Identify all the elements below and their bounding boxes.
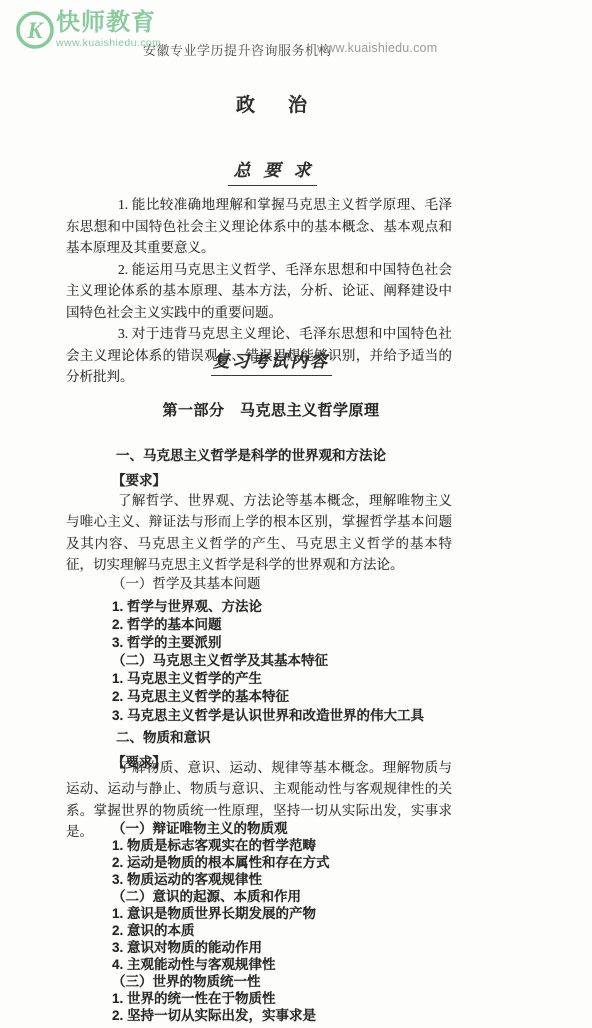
scanned-document-page: K 快师教育 www.kuaishiedu.com 安徽专业学历提升咨询服务机构…	[0, 0, 592, 1028]
outline-item: （二）马克思主义哲学及其基本特征	[112, 652, 452, 670]
general-requirements-heading: 总要求	[79, 156, 465, 186]
doc-title-char: 政	[236, 90, 256, 117]
outline-item: （二）意识的起源、本质和作用	[112, 888, 452, 905]
outline-item: 3. 马克思主义哲学是认识世界和改造世界的伟大工具	[112, 707, 452, 725]
outline-item: 2. 运动是物质的根本属性和存在方式	[112, 854, 452, 871]
unit1-requirement-label: 【要求】	[66, 469, 452, 489]
general-heading-char: 总	[234, 156, 251, 181]
unit1-subheading: （一）哲学及其基本问题	[66, 572, 452, 592]
unit1-outline-list: 1. 哲学与世界观、方法论2. 哲学的基本问题3. 哲学的主要派别（二）马克思主…	[66, 598, 452, 725]
doc-title: 政治	[79, 90, 465, 117]
outline-item: 3. 意识对物质的能动作用	[112, 939, 452, 956]
paragraph: 2. 能运用马克思主义哲学、毛泽东思想和中国特色社会主义理论体系的基本原理、基本…	[66, 259, 452, 324]
outline-item: 2. 哲学的基本问题	[112, 616, 452, 634]
outline-item: 4. 主观能动性与客观规律性	[112, 956, 452, 973]
review-content-heading: 复习考试内容	[78, 347, 464, 376]
general-heading-char: 要	[264, 156, 281, 181]
svg-text:K: K	[26, 18, 44, 43]
outline-item: 1. 意识是物质世界长期发展的产物	[112, 905, 452, 922]
unit1-heading: 一、马克思主义哲学是科学的世界观和方法论	[66, 444, 452, 464]
outline-item: 2. 马克思主义哲学的基本特征	[112, 688, 452, 706]
unit1-requirement-text: 了解哲学、世界观、方法论等基本概念，理解唯物主义与唯心主义、辩证法与形而上学的根…	[66, 490, 452, 576]
paragraph: 1. 能比较准确地理解和掌握马克思主义哲学原理、毛泽东思想和中国特色社会主义理论…	[66, 194, 452, 259]
outline-item: 2. 坚持一切从实际出发，实事求是	[112, 1007, 452, 1024]
outline-item: 3. 哲学的主要派别	[112, 634, 452, 652]
outline-item: （一）辩证唯物主义的物质观	[112, 820, 452, 837]
outline-item: 3. 物质运动的客观规律性	[112, 871, 452, 888]
brand-logo-icon: K	[15, 10, 55, 50]
outline-item: 1. 物质是标志客观实在的哲学范畴	[112, 837, 452, 854]
doc-title-char: 治	[288, 90, 308, 117]
document-content: 政治 总要求 1. 能比较准确地理解和掌握马克思主义哲学原理、毛泽东思想和中国特…	[66, 0, 452, 1028]
outline-item: （三）世界的物质统一性	[112, 973, 452, 990]
general-heading-char: 求	[294, 156, 311, 181]
outline-item: 1. 世界的统一性在于物质性	[112, 990, 452, 1007]
outline-item: 1. 马克思主义哲学的产生	[112, 670, 452, 688]
unit2-heading: 二、物质和意识	[66, 726, 452, 746]
unit2-outline-list: （一）辩证唯物主义的物质观1. 物质是标志客观实在的哲学范畴2. 运动是物质的根…	[66, 820, 452, 1024]
part1-heading: 第一部分 马克思主义哲学原理	[78, 399, 464, 420]
outline-item: 2. 意识的本质	[112, 922, 452, 939]
outline-item: 1. 哲学与世界观、方法论	[112, 598, 452, 616]
